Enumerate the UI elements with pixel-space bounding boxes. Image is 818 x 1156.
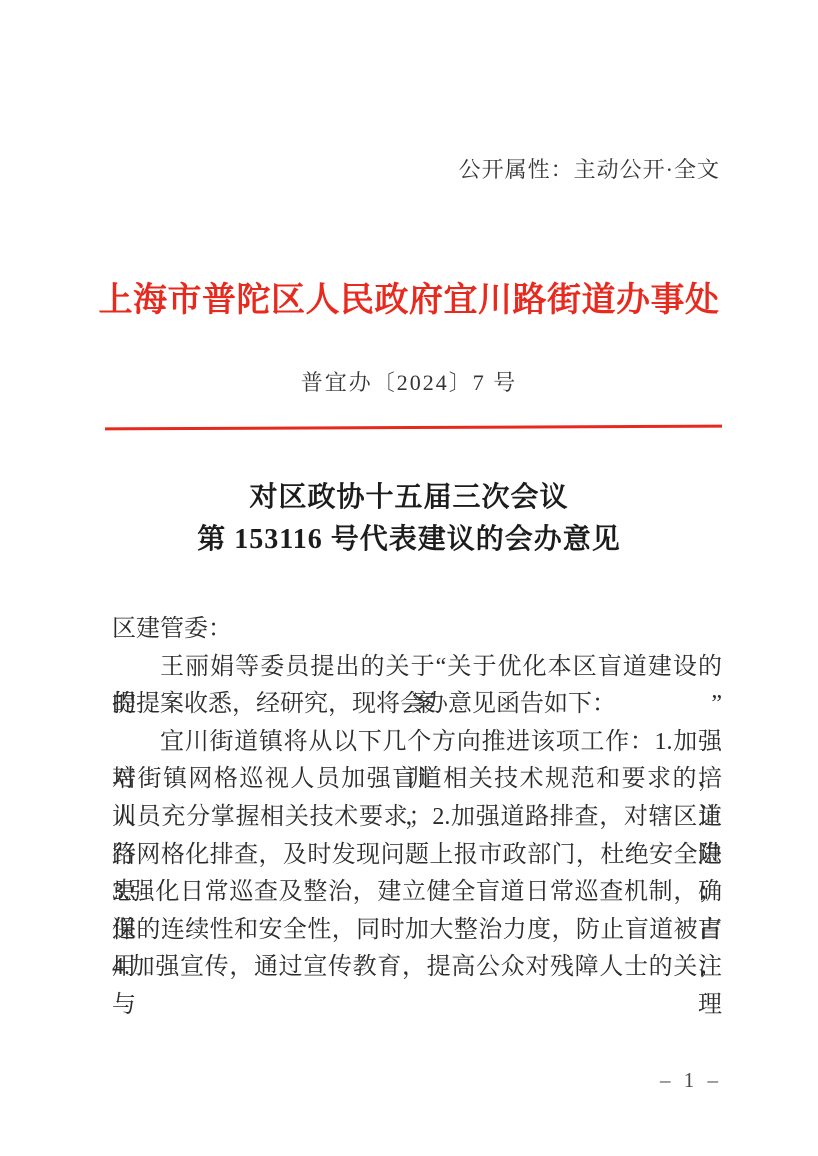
document-title: 对区政协十五届三次会议 第 153116 号代表建议的会办意见: [0, 477, 818, 561]
red-divider-line: [105, 425, 722, 431]
body-line: 宜川街道镇将从以下几个方向推进该项工作：1.加强培训，: [112, 724, 722, 762]
document-title-line2: 第 153116 号代表建议的会办意见: [0, 519, 818, 561]
disclosure-attribute: 公开属性：主动公开·全文: [459, 153, 720, 184]
document-page: 公开属性：主动公开·全文 上海市普陀区人民政府宜川路街道办事处 普宜办〔2024…: [0, 0, 818, 1156]
body-line: 区建管委：: [112, 611, 722, 649]
body-line: 3.强化日常巡查及整治，建立健全盲道日常巡查机制，确保盲: [112, 874, 722, 912]
body-line: 王丽娟等委员提出的关于“关于优化本区盲道建设的提案”: [112, 649, 722, 687]
agency-letterhead-title: 上海市普陀区人民政府宜川路街道办事处: [0, 272, 818, 321]
document-number: 普宜办〔2024〕7 号: [0, 366, 818, 397]
page-number: – 1 –: [660, 1068, 722, 1093]
body-line: 4.加强宣传，通过宣传教育，提高公众对残障人士的关注与理: [112, 949, 722, 987]
body-text: 区建管委：王丽娟等委员提出的关于“关于优化本区盲道建设的提案”的提案收悉，经研究…: [112, 611, 722, 987]
body-line: 对街镇网格巡视人员加强盲道相关技术规范和要求的培训，让: [112, 761, 722, 799]
body-line: 行网格化排查，及时发现问题上报市政部门，杜绝安全隐患；: [112, 837, 722, 875]
document-title-line1: 对区政协十五届三次会议: [0, 477, 818, 519]
body-line: 道的连续性和安全性，同时加大整治力度，防止盲道被占用；: [112, 912, 722, 950]
body-line: 人员充分掌握相关技术要求；2.加强道路排查，对辖区道路进: [112, 799, 722, 837]
